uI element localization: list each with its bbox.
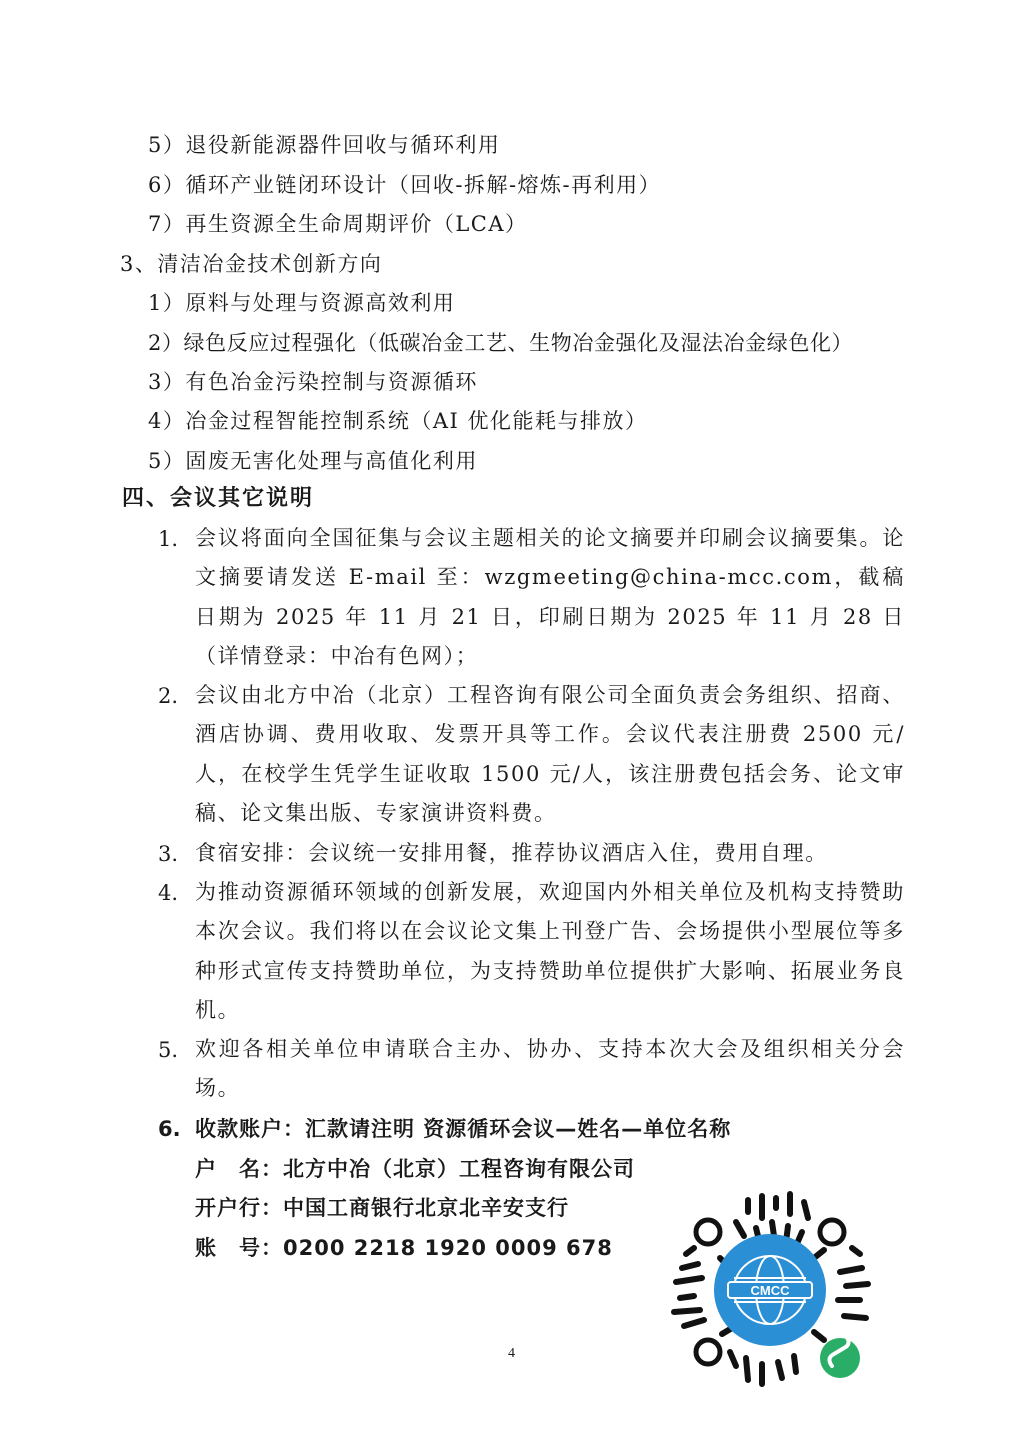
list-item: 3）有色冶金污染控制与资源循环 bbox=[148, 367, 478, 397]
item-number: 4. bbox=[158, 878, 178, 908]
list-item: 4）冶金过程智能控制系统（AI 优化能耗与排放） bbox=[148, 406, 648, 436]
mini-program-qr-code: CMCC bbox=[664, 1188, 876, 1392]
list-item: 5）固废无害化处理与高值化利用 bbox=[148, 446, 478, 476]
qr-pattern-icon: CMCC bbox=[664, 1188, 876, 1392]
section-heading: 四、会议其它说明 bbox=[122, 484, 314, 514]
paragraph: 欢迎各相关单位申请联合主办、协办、支持本次大会及组织相关分会场。 bbox=[195, 1030, 905, 1109]
page-number: 4 bbox=[508, 1346, 515, 1362]
svg-text:CMCC: CMCC bbox=[751, 1283, 791, 1298]
paragraph: 食宿安排：会议统一安排用餐，推荐协议酒店入住，费用自理。 bbox=[195, 834, 905, 873]
payment-note: 收款账户：汇款请注明 资源循环会议—姓名—单位名称 bbox=[195, 1114, 731, 1144]
account-name: 户 名：北方中冶（北京）工程咨询有限公司 bbox=[195, 1154, 635, 1184]
paragraph: 为推动资源循环领域的创新发展，欢迎国内外相关单位及机构支持赞助本次会议。我们将以… bbox=[195, 873, 905, 1030]
list-item: 7）再生资源全生命周期评价（LCA） bbox=[148, 209, 528, 239]
account-number-label: 账 号： bbox=[195, 1236, 283, 1260]
item-number: 2. bbox=[158, 681, 178, 711]
paragraph: 会议由北方中冶（北京）工程咨询有限公司全面负责会务组织、招商、酒店协调、费用收取… bbox=[195, 676, 905, 833]
item-number: 1. bbox=[158, 524, 178, 554]
item-number: 6. bbox=[158, 1114, 181, 1144]
paragraph: 会议将面向全国征集与会议主题相关的论文摘要并印刷会议摘要集。论文摘要请发送 E-… bbox=[195, 519, 905, 676]
account-number: 账 号：0200 2218 1920 0009 678 bbox=[195, 1233, 613, 1263]
list-item: 6）循环产业链闭环设计（回收-拆解-熔炼-再利用） bbox=[148, 170, 661, 200]
account-bank-value: 中国工商银行北京北辛安支行 bbox=[283, 1196, 569, 1220]
list-item: 2）绿色反应过程强化（低碳冶金工艺、生物冶金强化及湿法冶金绿色化） bbox=[148, 328, 853, 358]
account-name-value: 北方中冶（北京）工程咨询有限公司 bbox=[283, 1157, 635, 1181]
list-item: 1）原料与处理与资源高效利用 bbox=[148, 288, 455, 318]
account-bank: 开户行：中国工商银行北京北辛安支行 bbox=[195, 1193, 569, 1223]
item-number: 5. bbox=[158, 1035, 178, 1065]
account-bank-label: 开户行： bbox=[195, 1196, 283, 1220]
section-heading: 3、清洁冶金技术创新方向 bbox=[120, 249, 382, 279]
account-name-label: 户 名： bbox=[195, 1157, 283, 1181]
item-number: 3. bbox=[158, 839, 178, 869]
list-item: 5）退役新能源器件回收与循环利用 bbox=[148, 130, 500, 160]
account-number-value: 0200 2218 1920 0009 678 bbox=[283, 1236, 613, 1260]
